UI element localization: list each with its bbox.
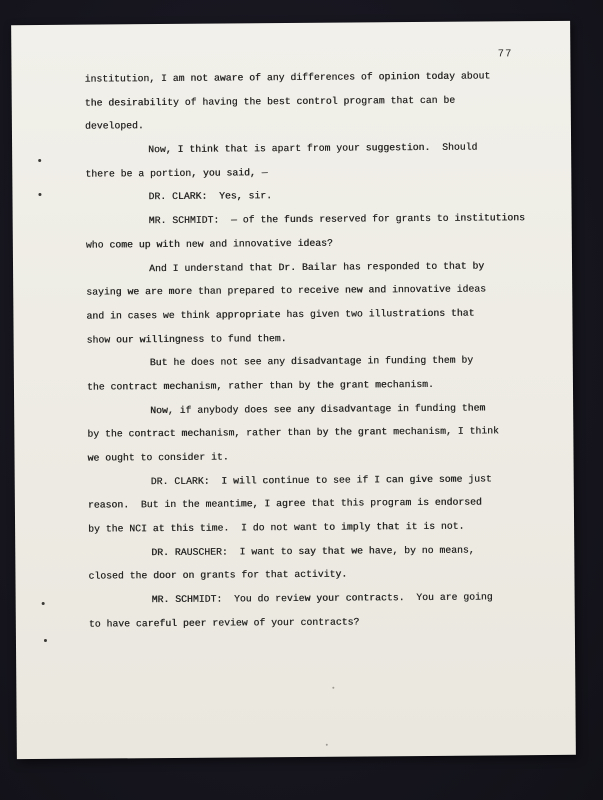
margin-dot — [42, 602, 45, 605]
text-line: DR. CLARK: I will continue to see if I c… — [88, 467, 554, 494]
text-line: by the contract mechanism, rather than b… — [87, 419, 553, 446]
text-line: to have careful peer review of your cont… — [89, 609, 555, 636]
margin-dot — [44, 639, 47, 642]
scan-background: { "colors": { "background": "#17161f", "… — [0, 0, 603, 800]
text-line: MR. SCHMIDT: You do review your contract… — [89, 585, 555, 612]
margin-dot — [38, 193, 41, 196]
speck — [332, 687, 334, 689]
speck — [326, 744, 328, 746]
document-page: 77 institution, I am not aware of any di… — [11, 21, 576, 759]
transcript-body: institution, I am not aware of any diffe… — [84, 64, 554, 636]
margin-dot — [38, 159, 41, 162]
text-line: MR. SCHMIDT: — of the funds reserved for… — [86, 206, 552, 233]
page-number: 77 — [498, 48, 513, 60]
text-line: saying we are more than prepared to rece… — [86, 277, 552, 304]
text-line: institution, I am not aware of any diffe… — [84, 64, 550, 91]
